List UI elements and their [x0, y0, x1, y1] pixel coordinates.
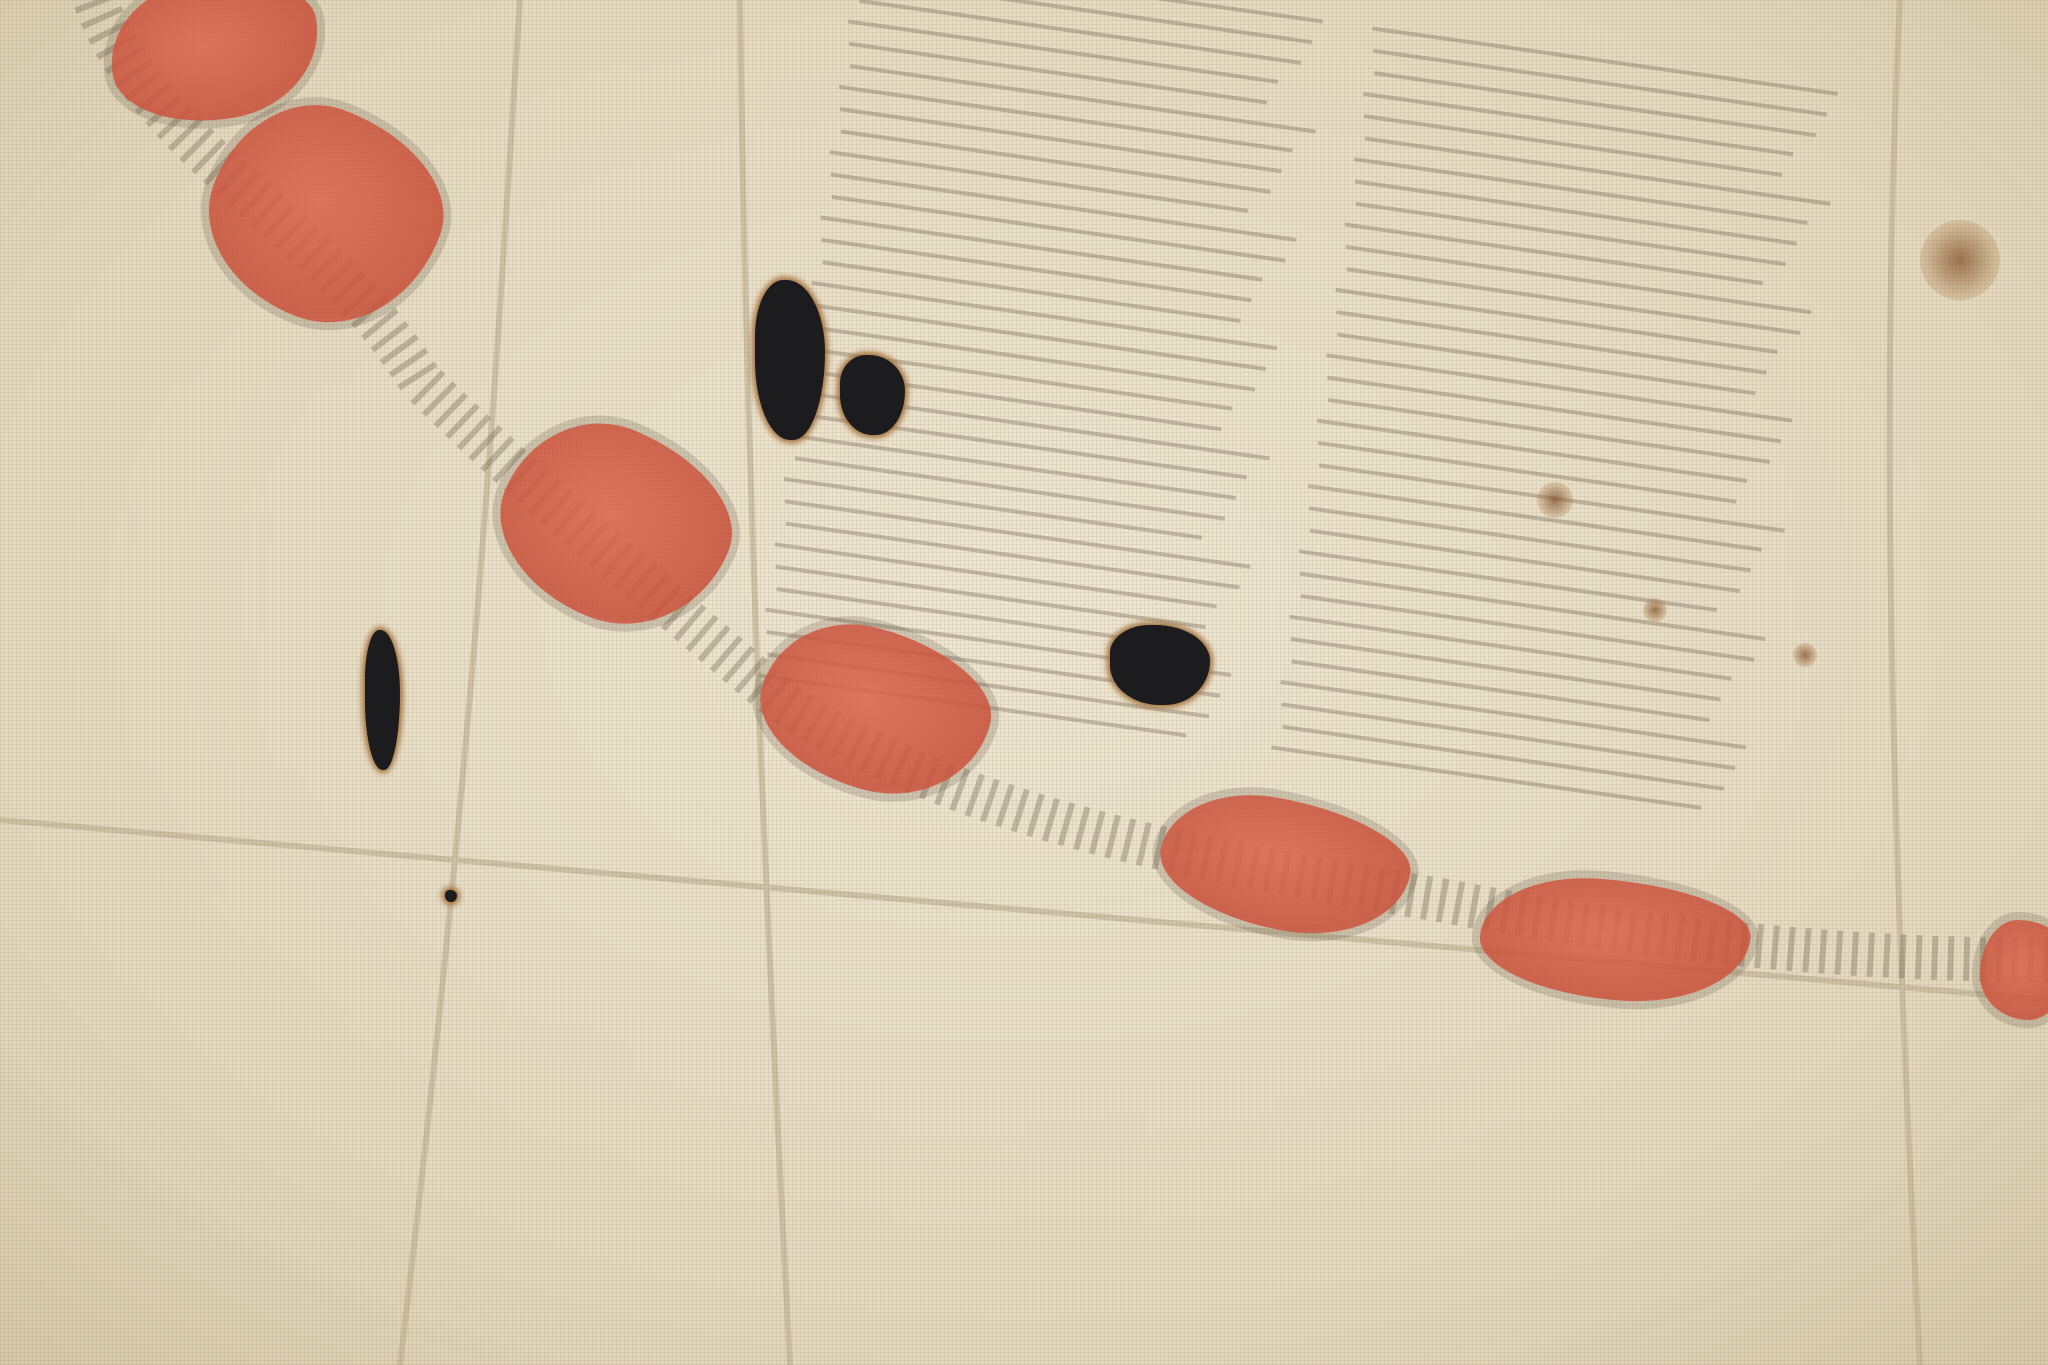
textile-artwork	[0, 0, 2048, 1365]
cloth-background	[0, 0, 2048, 1365]
textile-photo	[0, 0, 2048, 1365]
